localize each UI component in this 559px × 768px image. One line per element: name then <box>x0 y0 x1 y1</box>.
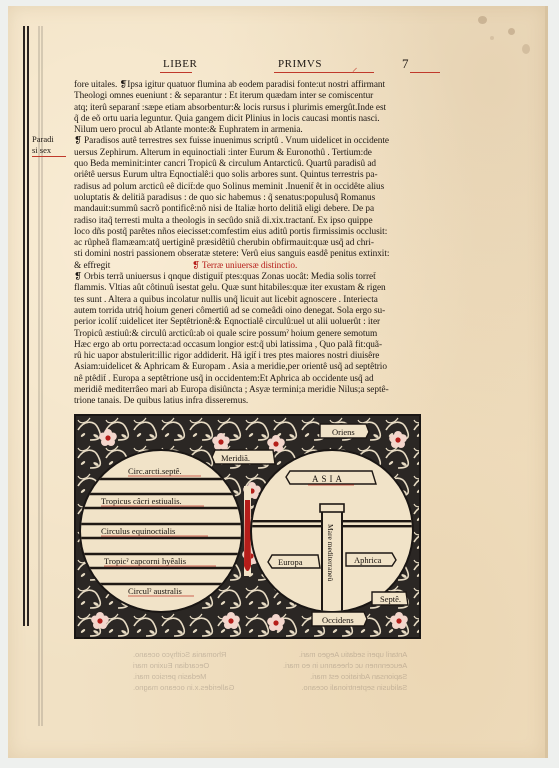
text-line: Asiam:uidelicet & Aphricam & Europam . A… <box>74 362 442 373</box>
scroll-meridies: Meridiã. <box>221 453 250 463</box>
margin-note-line: si sex <box>32 145 54 156</box>
text-line-with-heading: & effregit ❡ Terræ uniuersæ distinctio. <box>74 261 442 272</box>
foxing-stain <box>490 36 494 40</box>
margin-note-line: Paradi <box>32 134 54 145</box>
text-line: mandauit:summû sacrõ pontificê:nô nisi … <box>74 204 442 215</box>
label-mare-mediterraneum: Mare mediterraneû <box>326 524 335 582</box>
text-line: rû hic uapor abstulerit:illic rigor addi… <box>74 351 442 362</box>
book-page: LIBER PRIMVS ⸝ 7 Paradi si sex fore uita… <box>8 6 548 758</box>
label-equator: Circulus equinoctialis <box>101 526 175 536</box>
rubric-underline <box>160 72 192 73</box>
text-line: radiso itaq̃ terresti multa a theologis … <box>74 216 442 227</box>
text-line: oriêtê uersus Eurum ultra Eqnoctialê:i q… <box>74 170 442 181</box>
running-head-left: LIBER <box>163 58 197 70</box>
text-line: meridiê mediterrâeo mari ab Europa disiû… <box>74 385 442 396</box>
woodcut-svg: Circ.arcti.septê. Tropicus câcri estiual… <box>76 416 421 639</box>
scroll-oriens: Oriens <box>332 427 355 437</box>
text-line: atq; iterû separant̃ :sæpe etiam absorbe… <box>74 103 442 114</box>
main-text: fore uitales. ❡Ipsa igitur quatuor flumi… <box>74 80 442 408</box>
text-line: quo Beda meminit:inter cancri Tropicû & … <box>74 159 442 170</box>
running-head-right: PRIMVS <box>278 58 322 70</box>
foxing-stain <box>478 16 487 24</box>
text-fragment: & effregit <box>74 261 110 271</box>
running-head: LIBER PRIMVS ⸝ 7 <box>148 58 448 78</box>
bleed-line: Antaril uperi sedatiu Aegeo mari. <box>283 649 407 660</box>
text-line: ❡ Paradisos autê terrestres sex fuisse i… <box>74 136 442 147</box>
bleed-line: Sapionsan Adriatico est mari. <box>283 671 407 682</box>
scroll-septentrio: Septê. <box>380 594 401 604</box>
label-tropic-capricorn: Tropicˀ capcorni hyêalis <box>104 556 186 566</box>
margin-note: Paradi si sex <box>32 134 54 156</box>
text-line: flammis. Vltias aût côtinuû isestat gelu… <box>74 283 442 294</box>
rubric-underline <box>274 72 374 73</box>
text-line: uoluptatis & delitiã paradisus : de quo… <box>74 193 442 204</box>
bleed-line: Rhomania Scithyco oceano. <box>133 649 234 660</box>
column-rule-double <box>23 26 29 626</box>
bleed-through-left: Rhomania Scithyco oceano. Oecardian Euxi… <box>133 649 234 693</box>
text-line: loco dñs postq̃ parêtes nños eiecisset:c… <box>74 227 442 238</box>
text-line: sti domini nostri passionem obseratæ ste… <box>74 249 442 260</box>
label-asia: ASIA <box>312 474 345 484</box>
text-line: radisus ad polum arcticû eê dicit̃:de qu… <box>74 182 442 193</box>
text-line: Tropicû æstiuû:& circulû arcticû:ab oi q… <box>74 329 442 340</box>
bleed-line: Oecardian Euxino mari <box>133 660 234 671</box>
text-line: Theologi omnes eueniunt : & separantur :… <box>74 91 442 102</box>
column-rule-bleed <box>38 26 43 726</box>
bleed-line: Gallerides.x.in oceano magno. <box>133 682 234 693</box>
scroll-occidens: Occidens <box>322 615 354 625</box>
zone-map-woodcut: Circ.arcti.septê. Tropicus câcri estiual… <box>74 414 421 639</box>
label-antarctic-circle: Circulˀ australis <box>128 586 182 596</box>
folio-number: 7 <box>402 56 409 72</box>
label-europa: Europa <box>278 557 303 567</box>
foxing-stain <box>508 28 515 35</box>
text-line: autem torrida utriq̃ hoium generi cômert… <box>74 306 442 317</box>
bleed-through-right: Antaril uperi sedatiu Aegeo mari. Aeucen… <box>283 649 407 693</box>
foxing-stain <box>522 44 530 54</box>
label-arctic-circle: Circ.arcti.septê. <box>128 466 182 476</box>
text-line: nê ptêdit̃ . Europa a septêtrione usq̃ i… <box>74 374 442 385</box>
section-heading: ❡ Terræ uniuersæ distinctio. <box>192 261 297 272</box>
text-line: trione tanais. De quibus latius infra di… <box>74 396 442 407</box>
text-line: Nilum uero procul ab Atlante monte:& Eup… <box>74 125 442 136</box>
rubric-underline <box>32 156 66 157</box>
bleed-line: Aeucennnen uc cheeannu in eo mari. <box>283 660 407 671</box>
label-tropic-cancer: Tropicus câcri estiualis. <box>101 496 182 506</box>
text-line: perior icolit̃ :uidelicet iter Septêtrio… <box>74 317 442 328</box>
rubric-underline <box>410 72 440 73</box>
text-line: ❡ Orbis terrã uniuersus i qnque distigu… <box>74 272 442 283</box>
rubric-mark: ⸝ <box>352 60 358 75</box>
text-line: Hæc ergo ab ortu porrecta:ad occasum lon… <box>74 340 442 351</box>
bleed-line: Salidusin septentrionali oceano. <box>283 682 407 693</box>
text-line: ac rûpheã flamæam:atq̃ uertiginê præsidê… <box>74 238 442 249</box>
text-line: uersus Zephirum. Alterum in equinoctiali… <box>74 148 442 159</box>
text-line: fore uitales. ❡Ipsa igitur quatuor flumi… <box>74 80 442 91</box>
text-line: tes sunt . Altera a quibus incolatur nul… <box>74 295 442 306</box>
text-line: q̃ de eõ ortu uaria leguntur. Quia gang… <box>74 114 442 125</box>
label-aphrica: Aphrica <box>354 555 382 565</box>
bleed-line: Medasin persico mari. <box>133 671 234 682</box>
